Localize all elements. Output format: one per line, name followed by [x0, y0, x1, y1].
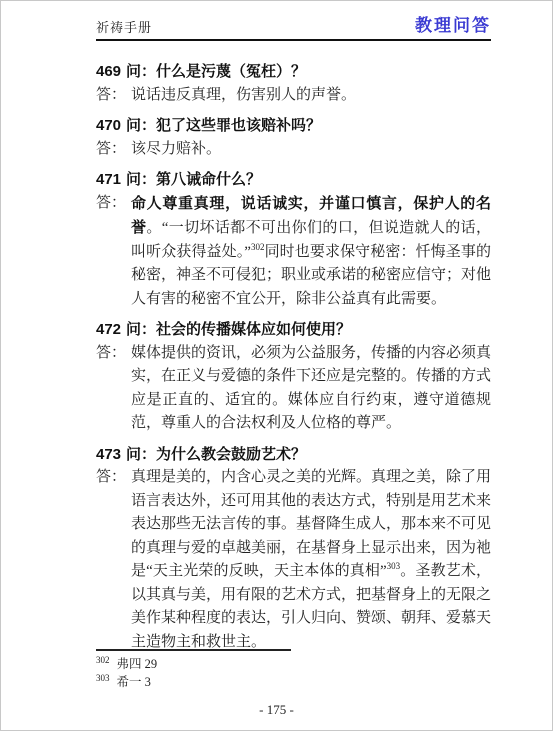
- question-text: 第八诫命什么？: [156, 171, 261, 188]
- footnote-ref-303: 303: [387, 561, 401, 571]
- page-content: 祈祷手册 教理问答 469问：什么是污蔑（冤枉）？ 答： 说话违反真理，伤害别人…: [96, 1, 491, 661]
- document-page: 祈祷手册 教理问答 469问：什么是污蔑（冤枉）？ 答： 说话违反真理，伤害别人…: [0, 0, 553, 731]
- qa-item-473: 473问：为什么教会鼓励艺术？ 答： 真理是美的，内含心灵之美的光辉。真理之美，…: [96, 443, 491, 655]
- question-number: 472: [96, 321, 121, 338]
- answer-text: 命人尊重真理，说话诚实，并谨口慎言，保护人的名誉。“一切坏话都不可出你们的口，但…: [131, 192, 491, 312]
- answer-label: 答：: [96, 84, 131, 108]
- answer-period: 。: [146, 220, 161, 236]
- answer-line: 答： 媒体提供的资讯，必须为公益服务，传播的内容必须真实，在正义与爱德的条件下还…: [96, 342, 491, 436]
- page-number: - 175 -: [1, 702, 552, 718]
- question-label: 问：: [126, 117, 156, 134]
- answer-line: 答： 该尽力赔补。: [96, 138, 491, 162]
- qa-item-470: 470问：犯了这些罪也该赔补吗？ 答： 该尽力赔补。: [96, 114, 491, 161]
- question-label: 问：: [126, 446, 156, 463]
- qa-item-469: 469问：什么是污蔑（冤枉）？ 答： 说话违反真理，伤害别人的声誉。: [96, 60, 491, 107]
- question-number: 470: [96, 117, 121, 134]
- answer-line: 答： 说话违反真理，伤害别人的声誉。: [96, 84, 491, 108]
- header-right-title: 教理问答: [415, 11, 491, 36]
- answer-label: 答：: [96, 138, 131, 162]
- header-left-title: 祈祷手册: [96, 17, 152, 36]
- footnote-section: 302弗四 29 303希一 3: [96, 649, 491, 691]
- answer-text: 说话违反真理，伤害别人的声誉。: [131, 84, 491, 108]
- answer-text: 媒体提供的资讯，必须为公益服务，传播的内容必须真实，在正义与爱德的条件下还应是完…: [131, 342, 491, 436]
- question-text: 社会的传播媒体应如何使用？: [156, 321, 351, 338]
- question-line: 473问：为什么教会鼓励艺术？: [96, 443, 491, 467]
- footnote-text: 弗四 29: [117, 657, 158, 671]
- question-label: 问：: [126, 63, 156, 80]
- question-line: 470问：犯了这些罪也该赔补吗？: [96, 114, 491, 138]
- question-number: 471: [96, 171, 121, 188]
- answer-label: 答：: [96, 466, 131, 654]
- page-header: 祈祷手册 教理问答: [96, 1, 491, 41]
- question-label: 问：: [126, 321, 156, 338]
- footnote-number: 302: [96, 655, 110, 665]
- footnote-ref-302: 302: [251, 242, 265, 252]
- question-line: 472问：社会的传播媒体应如何使用？: [96, 318, 491, 342]
- question-label: 问：: [126, 171, 156, 188]
- answer-label: 答：: [96, 192, 131, 312]
- qa-item-472: 472问：社会的传播媒体应如何使用？ 答： 媒体提供的资讯，必须为公益服务，传播…: [96, 318, 491, 436]
- footnote-text: 希一 3: [117, 675, 151, 689]
- answer-line: 答： 真理是美的，内含心灵之美的光辉。真理之美，除了用语言表达外，还可用其他的表…: [96, 466, 491, 654]
- question-text: 犯了这些罪也该赔补吗？: [156, 117, 321, 134]
- qa-item-471: 471问：第八诫命什么？ 答： 命人尊重真理，说话诚实，并谨口慎言，保护人的名誉…: [96, 168, 491, 311]
- question-line: 471问：第八诫命什么？: [96, 168, 491, 192]
- qa-list: 469问：什么是污蔑（冤枉）？ 答： 说话违反真理，伤害别人的声誉。 470问：…: [96, 60, 491, 654]
- question-text: 为什么教会鼓励艺术？: [156, 446, 306, 463]
- question-text: 什么是污蔑（冤枉）？: [156, 63, 306, 80]
- answer-text: 真理是美的，内含心灵之美的光辉。真理之美，除了用语言表达外，还可用其他的表达方式…: [131, 466, 491, 654]
- footnote-302: 302弗四 29: [96, 655, 491, 673]
- question-number: 469: [96, 63, 121, 80]
- footnote-separator: [96, 649, 291, 651]
- footnote-number: 303: [96, 673, 110, 683]
- answer-label: 答：: [96, 342, 131, 436]
- footnote-303: 303希一 3: [96, 673, 491, 691]
- question-number: 473: [96, 446, 121, 463]
- answer-line: 答： 命人尊重真理，说话诚实，并谨口慎言，保护人的名誉。“一切坏话都不可出你们的…: [96, 192, 491, 312]
- question-line: 469问：什么是污蔑（冤枉）？: [96, 60, 491, 84]
- answer-text: 该尽力赔补。: [131, 138, 491, 162]
